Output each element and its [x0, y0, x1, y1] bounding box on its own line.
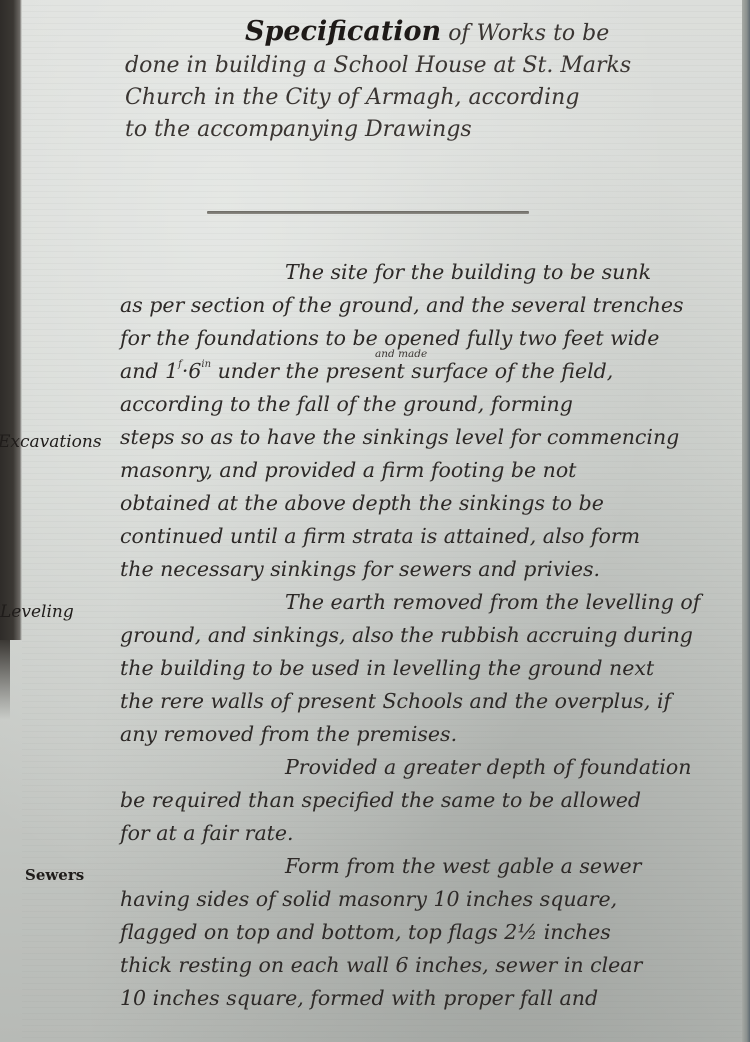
foundation-line-3: for at a fair rate.	[120, 817, 742, 850]
text-fragment: and	[120, 359, 165, 383]
excavations-line-4: and 1f·6in under the presentand made sur…	[120, 355, 742, 388]
excavations-line-7: masonry, and provided a firm footing be …	[120, 454, 742, 487]
excavations-line-10: the necessary sinkings for sewers and pr…	[120, 553, 742, 586]
title-line-3: Church in the City of Armagh, according	[125, 82, 725, 114]
text-fragment: surface of the field,	[405, 359, 614, 383]
excavations-line-8: obtained at the above depth the sinkings…	[120, 487, 742, 520]
sewers-line-3: flagged on top and bottom, top flags 2½ …	[120, 916, 742, 949]
leveling-line-3: the building to be used in levelling the…	[120, 652, 742, 685]
sewers-line-1: Form from the west gable a sewer	[120, 850, 742, 883]
feet-superscript: f	[178, 359, 182, 370]
title-line-4: to the accompanying Drawings	[125, 114, 725, 146]
margin-label-sewers: Sewers	[25, 866, 84, 884]
leveling-line-5: any removed from the premises.	[120, 718, 742, 751]
excavations-line-1: The site for the building to be sunk	[120, 256, 742, 289]
document-title: Specification of Works to be done in bui…	[125, 16, 725, 146]
sewers-line-5: 10 inches square, formed with proper fal…	[120, 982, 742, 1015]
leveling-line-4: the rere walls of present Schools and th…	[120, 685, 742, 718]
book-binding-shadow	[0, 640, 10, 720]
leveling-line-2: ground, and sinkings, also the rubbish a…	[120, 619, 742, 652]
excavations-line-5: according to the fall of the ground, for…	[120, 388, 742, 421]
foundation-line-1: Provided a greater depth of foundation	[120, 751, 742, 784]
title-text: of Works to be	[448, 21, 609, 46]
sewers-line-2: having sides of solid masonry 10 inches …	[120, 883, 742, 916]
inches-superscript: in	[201, 359, 211, 370]
sewers-line-4: thick resting on each wall 6 inches, sew…	[120, 949, 742, 982]
specification-body: The site for the building to be sunk as …	[120, 256, 742, 1015]
margin-label-excavations: Excavations	[0, 432, 102, 452]
book-binding-edge	[0, 0, 22, 640]
interlinear-insertion: and made	[375, 338, 427, 371]
inches-value: 6	[188, 359, 201, 383]
excavations-line-6: steps so as to have the sinkings level f…	[120, 421, 742, 454]
title-divider-rule	[207, 211, 529, 214]
title-heading: Specification	[245, 16, 441, 47]
excavations-line-3: for the foundations to be opened fully t…	[120, 322, 742, 355]
leveling-line-1: The earth removed from the levelling of	[120, 586, 742, 619]
margin-label-leveling: Leveling	[0, 602, 74, 622]
manuscript-page: Specification of Works to be done in bui…	[0, 0, 750, 1042]
page-right-edge	[742, 0, 750, 1042]
title-line-1: Specification of Works to be	[125, 16, 725, 50]
excavations-line-9: continued until a firm strata is attaine…	[120, 520, 742, 553]
title-line-2: done in building a School House at St. M…	[125, 50, 725, 82]
foundation-line-2: be required than specified the same to b…	[120, 784, 742, 817]
feet-value: 1	[165, 359, 178, 383]
excavations-line-2: as per section of the ground, and the se…	[120, 289, 742, 322]
